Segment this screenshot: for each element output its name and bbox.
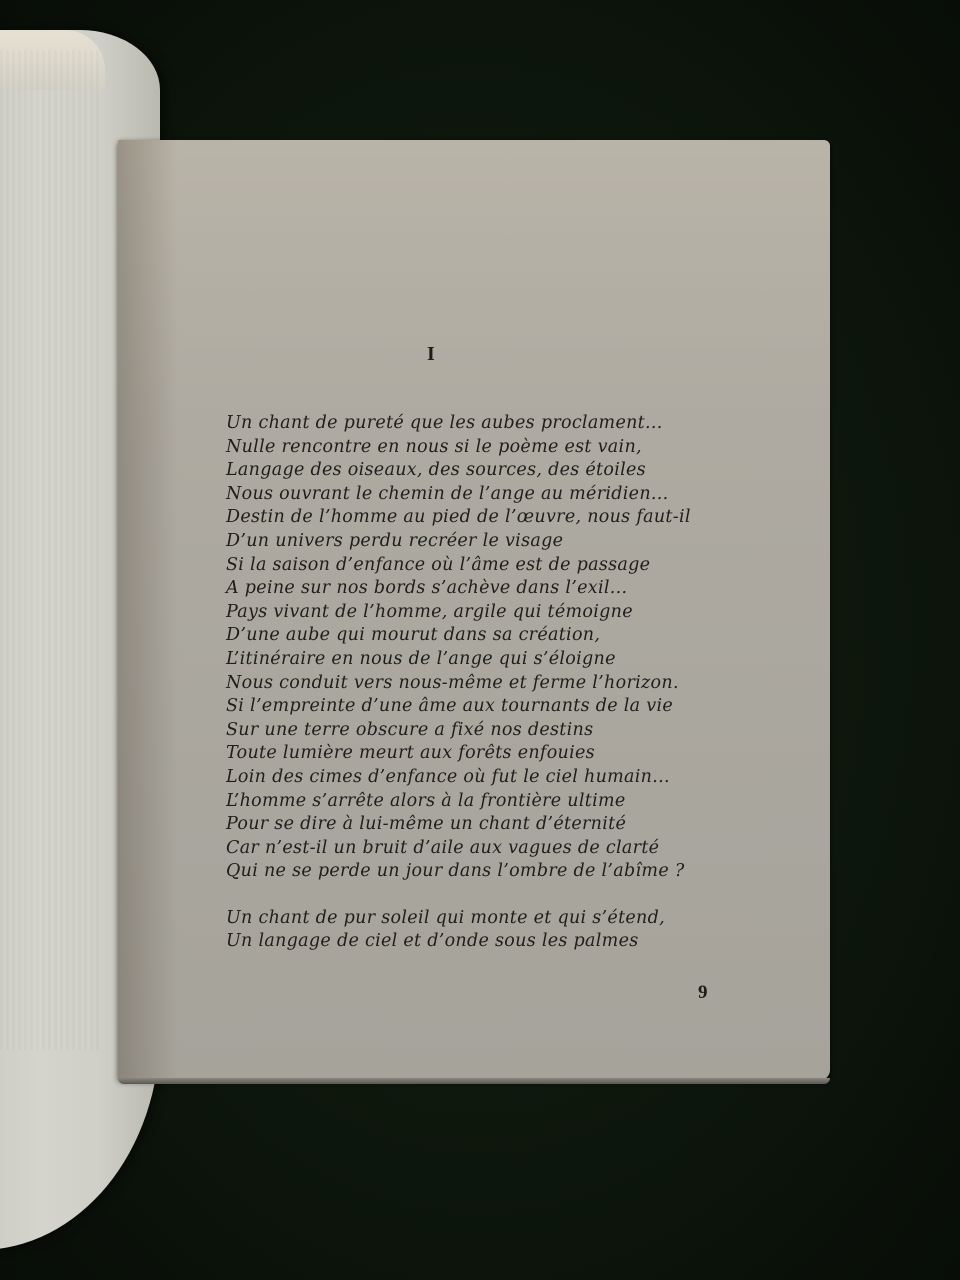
poem-line: Destin de l’homme au pied de l’œuvre, no… xyxy=(226,506,746,530)
poem-line: D’un univers perdu recréer le visage xyxy=(226,530,746,554)
poem-line: L’homme s’arrête alors à la frontière ul… xyxy=(226,790,746,814)
stanza-1: Un chant de pureté que les aubes proclam… xyxy=(226,412,746,884)
poem-line: Pays vivant de l’homme, argile qui témoi… xyxy=(226,601,746,625)
poem-line: Si l’empreinte d’une âme aux tournants d… xyxy=(226,695,746,719)
poem-line: Nulle rencontre en nous si le poème est … xyxy=(226,436,746,460)
poem-line: Un chant de pureté que les aubes proclam… xyxy=(226,412,746,436)
poem-line: Un langage de ciel et d’onde sous les pa… xyxy=(226,930,746,954)
chapter-numeral: I xyxy=(427,343,435,366)
poem-line: Si la saison d’enfance où l’âme est de p… xyxy=(226,554,746,578)
poem-line: Car n’est-il un bruit d’aile aux vagues … xyxy=(226,837,746,861)
page-edge-texture xyxy=(0,50,100,1050)
poem-line: Langage des oiseaux, des sources, des ét… xyxy=(226,459,746,483)
poem-line: Nous conduit vers nous-même et ferme l’h… xyxy=(226,672,746,696)
poem-line: A peine sur nos bords s’achève dans l’ex… xyxy=(226,577,746,601)
poem-line: Loin des cimes d’enfance où fut le ciel … xyxy=(226,766,746,790)
poem-line: Qui ne se perde un jour dans l’ombre de … xyxy=(226,860,746,884)
poem-text: Un chant de pureté que les aubes proclam… xyxy=(226,412,746,954)
poem-line: Nous ouvrant le chemin de l’ange au méri… xyxy=(226,483,746,507)
page-number: 9 xyxy=(698,982,708,1004)
poem-line: Toute lumière meurt aux forêts enfouies xyxy=(226,742,746,766)
poem-line: L’itinéraire en nous de l’ange qui s’élo… xyxy=(226,648,746,672)
poem-line: D’une aube qui mourut dans sa création, xyxy=(226,624,746,648)
poem-line: Pour se dire à lui-même un chant d’étern… xyxy=(226,813,746,837)
stanza-2: Un chant de pur soleil qui monte et qui … xyxy=(226,907,746,954)
poem-line: Sur une terre obscure a fixé nos destins xyxy=(226,719,746,743)
poem-line: Un chant de pur soleil qui monte et qui … xyxy=(226,907,746,931)
